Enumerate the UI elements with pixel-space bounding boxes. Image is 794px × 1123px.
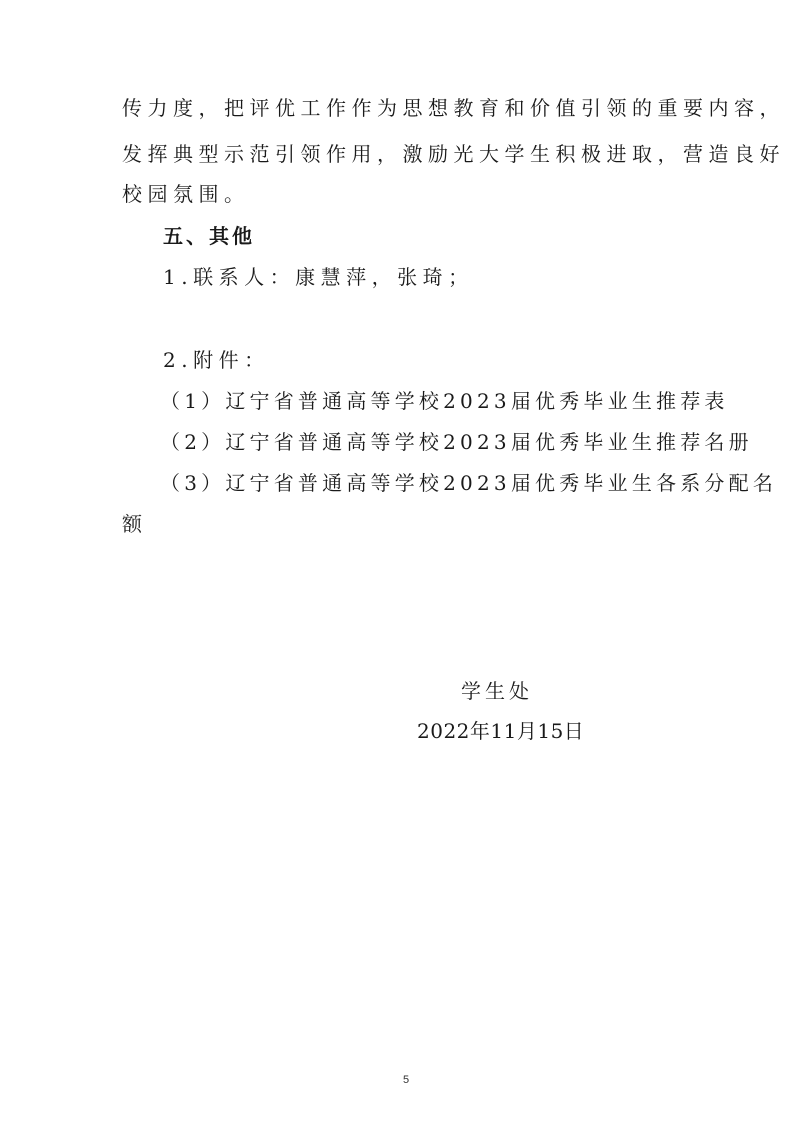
attachment-item-3-continuation: 额 <box>122 512 148 536</box>
attachment-item-3: （3）辽宁省普通高等学校2023届优秀毕业生各系分配名 <box>160 471 777 495</box>
section-heading: 五、其他 <box>163 224 255 248</box>
paragraph-line-1: 传力度，把评优工作作为思想教育和价值引领的重要内容， <box>122 96 785 120</box>
signature-office: 学生处 <box>461 679 533 703</box>
attachments-label: 2.附件： <box>163 348 270 372</box>
paragraph-line-3: 校园氛围。 <box>122 182 250 206</box>
paragraph-line-2: 发挥典型示范引领作用，激励光大学生积极进取，营造良好 <box>122 142 785 166</box>
attachment-item-2: （2）辽宁省普通高等学校2023届优秀毕业生推荐名册 <box>160 430 753 454</box>
contact-line: 1.联系人：康慧萍，张琦； <box>163 265 474 289</box>
attachment-item-1: （1）辽宁省普通高等学校2023届优秀毕业生推荐表 <box>160 389 729 413</box>
signature-date: 2022年11月15日 <box>417 719 584 743</box>
page-number: 5 <box>403 1074 409 1086</box>
